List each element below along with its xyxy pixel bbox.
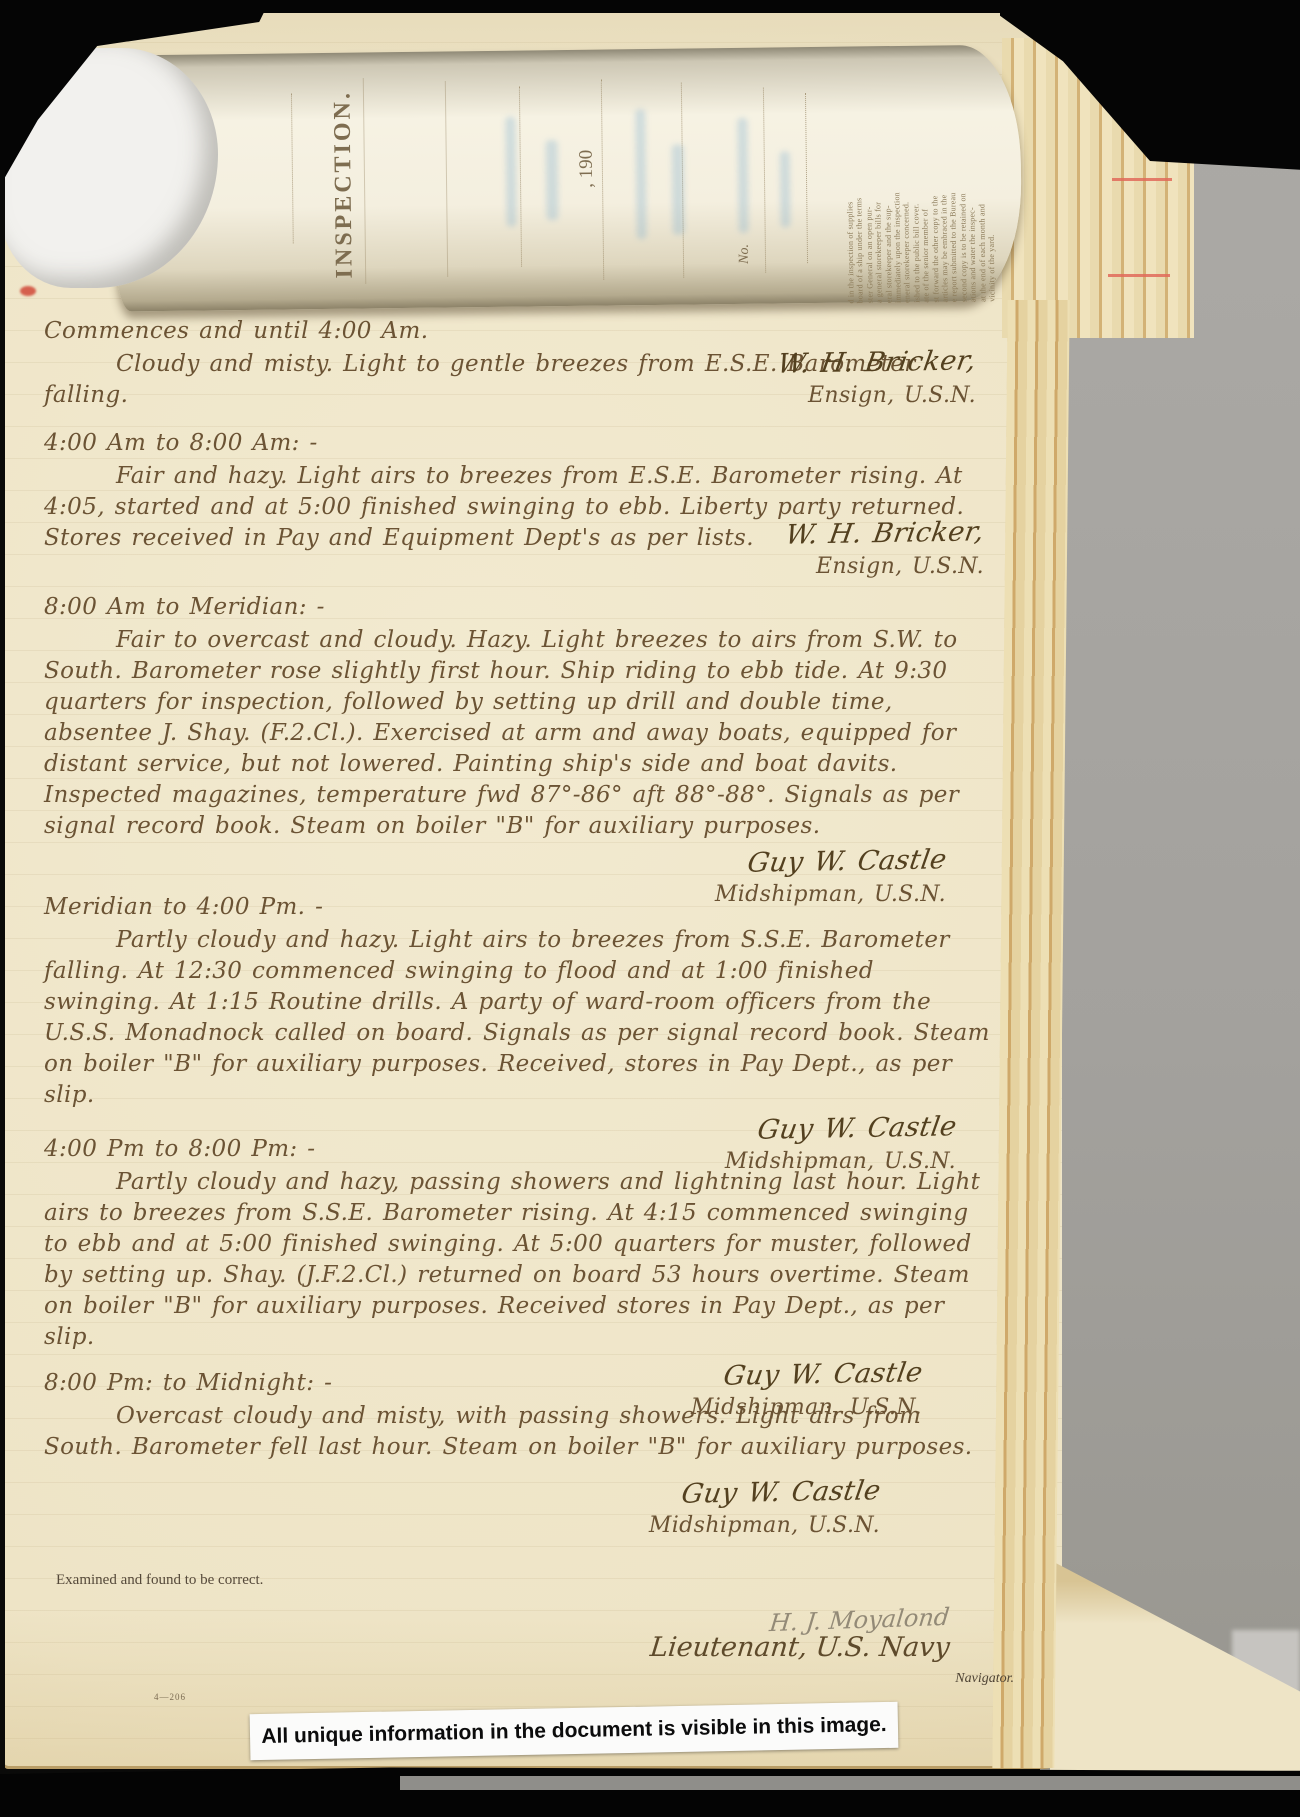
ink-bleed-mark <box>505 117 516 227</box>
signature-rank: Ensign, U.S.N. <box>44 380 976 411</box>
entry-heading: 4:00 Pm to 8:00 Pm: - <box>44 1134 996 1165</box>
form-dotted-line <box>291 93 294 243</box>
form-dotted-line <box>601 80 604 280</box>
signature-name: Guy W. Castle <box>679 1475 883 1509</box>
signature-name: W. H. Bricker, <box>783 516 986 550</box>
ink-bleed-mark <box>635 109 647 239</box>
scanned-logbook-photo: Commences and until 4:00 Am. Cloudy and … <box>0 0 1300 1817</box>
photo-black-edge <box>0 170 5 1770</box>
form-dotted-line <box>763 88 766 273</box>
entry-heading: Meridian to 4:00 Pm. - <box>44 892 996 923</box>
form-dotted-line <box>363 78 367 283</box>
table-edge <box>400 1776 1300 1790</box>
inspection-form-date-blank: , 190 <box>575 118 598 188</box>
signature-name: W. H. Bricker, <box>775 345 978 379</box>
signature-name: Guy W. Castle <box>745 844 949 878</box>
form-dotted-line <box>519 87 522 267</box>
entry-body: Fair to overcast and cloudy. Hazy. Light… <box>44 625 996 842</box>
examined-statement: Examined and found to be correct. <box>56 1572 263 1589</box>
entry-body: Partly cloudy and hazy, passing showers … <box>44 1167 996 1353</box>
ink-bleed-mark <box>672 145 685 235</box>
ink-bleed-mark <box>546 140 559 220</box>
signature-rank: Midshipman, U.S.N. <box>44 1510 880 1541</box>
red-cloth-mark <box>20 286 36 296</box>
red-ruling-mark <box>1108 274 1170 277</box>
entry-heading: 4:00 Am to 8:00 Am: - <box>44 428 996 459</box>
form-dotted-line <box>805 93 808 263</box>
entry-heading: 8:00 Am to Meridian: - <box>44 592 996 623</box>
backdrop-gray-panel <box>1040 120 1300 1800</box>
log-entry: 8:00 Am to Meridian: - Fair to overcast … <box>44 592 996 910</box>
form-number: 4—206 <box>154 1692 186 1702</box>
entry-body: Partly cloudy and hazy. Light airs to br… <box>44 925 996 1111</box>
inspection-form-roll: INSPECTION. , 190 No. d in the inspectio… <box>114 44 1022 311</box>
visibility-label-text: All unique information in the document i… <box>261 1713 887 1749</box>
inspection-form-title: INSPECTION. <box>329 66 359 302</box>
ink-bleed-mark <box>780 151 791 227</box>
signature-block: Guy W. Castle Midshipman, U.S.N. <box>44 1477 996 1541</box>
log-entry: 4:00 Am to 8:00 Am: - Fair and hazy. Lig… <box>44 428 996 582</box>
navigator-signature-block: H. J. Moyalond Lieutenant, U.S. Navy Nav… <box>560 1606 1040 1687</box>
red-ruling-mark <box>1112 178 1172 181</box>
ink-bleed-mark <box>737 118 748 233</box>
navigator-printed-role: Navigator. <box>560 1671 1040 1687</box>
log-entry: Commences and until 4:00 Am. Cloudy and … <box>44 316 996 411</box>
inspection-form-fine-print: d in the inspection of supplies board of… <box>844 106 996 304</box>
log-entry: 8:00 Pm: to Midnight: - Overcast cloudy … <box>44 1368 996 1541</box>
entry-heading: Commences and until 4:00 Am. <box>44 316 996 347</box>
signature-rank: Ensign, U.S.N. <box>44 551 984 582</box>
navigator-signature-rank: Lieutenant, U.S. Navy <box>558 1632 1041 1663</box>
entry-heading: 8:00 Pm: to Midnight: - <box>44 1368 996 1399</box>
photo-black-edge <box>240 0 1030 13</box>
form-dotted-line <box>445 81 448 276</box>
entry-body: Overcast cloudy and misty, with passing … <box>44 1401 996 1463</box>
